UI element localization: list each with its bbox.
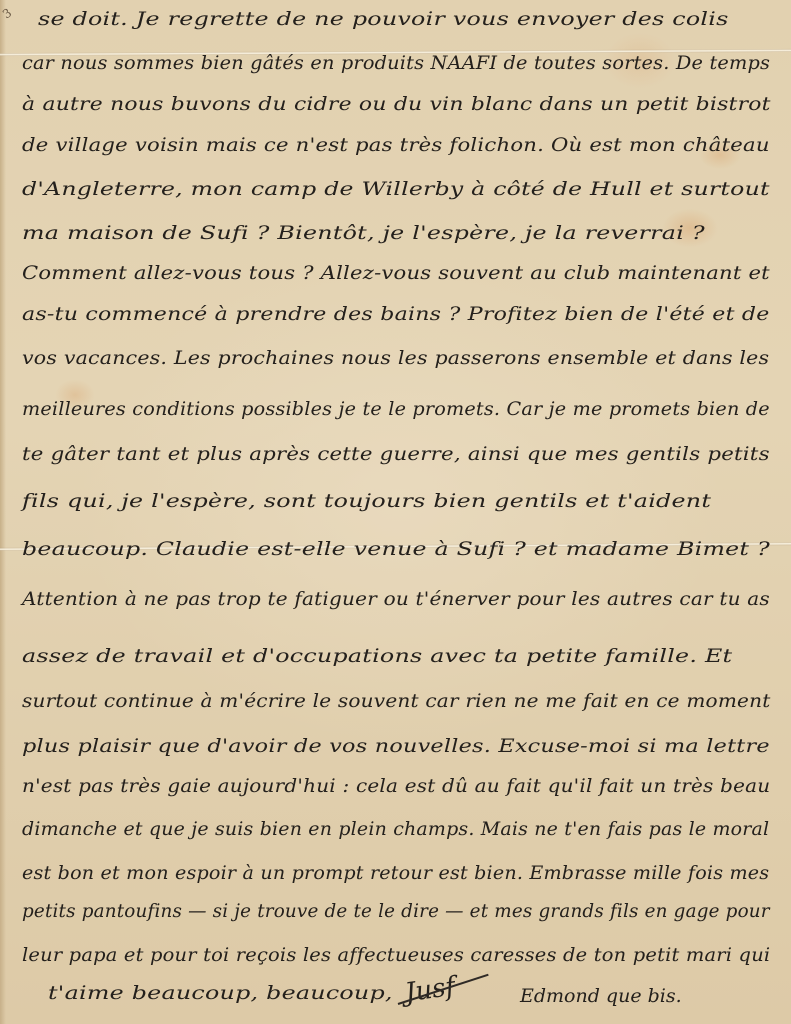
letter-line-7: Comment allez-vous tous ? Allez-vous sou… <box>22 262 770 284</box>
letter-line-18: n'est pas très gaie aujourd'hui : cela e… <box>22 775 770 797</box>
letter-line-15: assez de travail et d'occupations avec t… <box>22 645 732 667</box>
letter-line-23: t'aime beaucoup, beaucoup, <box>48 982 393 1004</box>
letter-line-21: petits pantoufins — si je trouve de te l… <box>22 900 770 922</box>
signature: Jusf <box>403 972 457 1009</box>
letter-line-2: car nous sommes bien gâtés en produits N… <box>22 52 770 74</box>
letter-line-13: beaucoup. Claudie est-elle venue à Sufi … <box>22 538 770 560</box>
letter-line-17: plus plaisir que d'avoir de vos nouvelle… <box>22 735 770 757</box>
letter-line-19: dimanche et que je suis bien en plein ch… <box>22 818 769 840</box>
letter-line-14: Attention à ne pas trop te fatiguer ou t… <box>22 588 770 610</box>
letter-line-4: de village voisin mais ce n'est pas très… <box>22 134 770 156</box>
letter-line-11: te gâter tant et plus après cette guerre… <box>22 443 770 465</box>
letter-line-8: as-tu commencé à prendre des bains ? Pro… <box>22 303 770 325</box>
letter-line-22: leur papa et pour toi reçois les affectu… <box>22 944 770 966</box>
letter-line-9: vos vacances. Les prochaines nous les pa… <box>22 347 769 369</box>
letter-page: 3 se doit. Je regrette de ne pouvoir vou… <box>0 0 791 1024</box>
paper-edge <box>0 0 6 1024</box>
letter-line-12: fils qui, je l'espère, sont toujours bie… <box>22 490 711 512</box>
letter-line-10: meilleures conditions possibles je te le… <box>22 398 770 420</box>
letter-line-3: à autre nous buvons du cidre ou du vin b… <box>22 93 771 115</box>
letter-line-20: est bon et mon espoir à un prompt retour… <box>22 862 769 884</box>
letter-line-6: ma maison de Sufi ? Bientôt, je l'espère… <box>22 222 705 244</box>
letter-line-5: d'Angleterre, mon camp de Willerby à côt… <box>22 178 770 200</box>
letter-line-16: surtout continue à m'écrire le souvent c… <box>22 690 771 712</box>
closing-note: Edmond que bis. <box>520 985 682 1007</box>
letter-line-1: se doit. Je regrette de ne pouvoir vous … <box>38 8 729 30</box>
